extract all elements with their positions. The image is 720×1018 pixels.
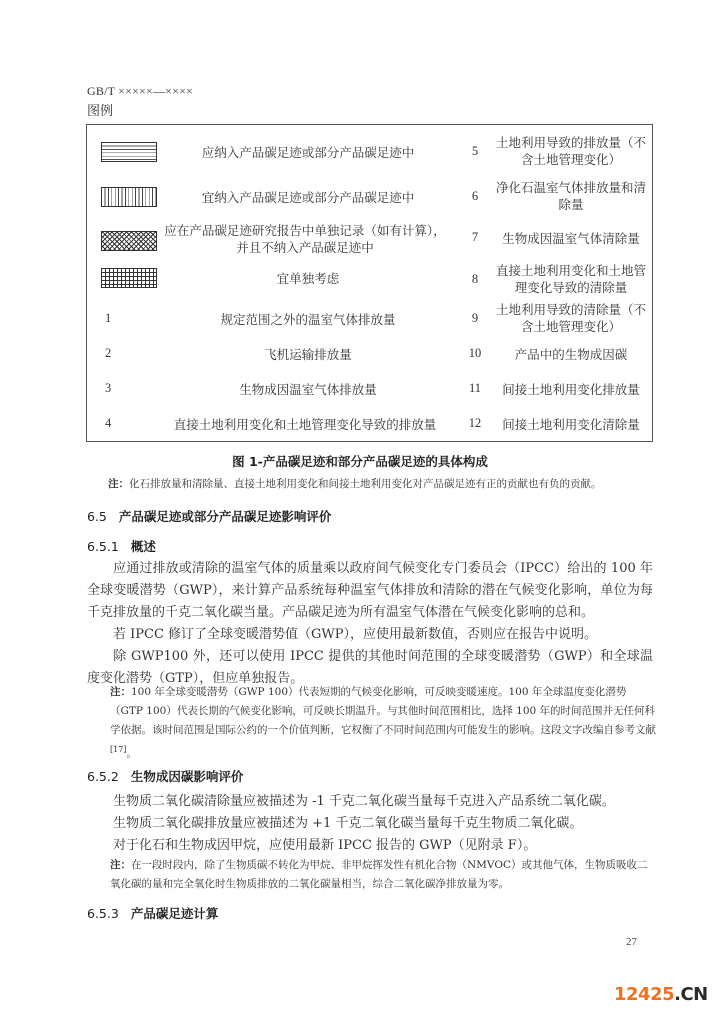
note-label: 注： xyxy=(108,478,129,490)
paragraph: 若 IPCC 修订了全球变暖潜势值（GWP），应使用最新数值，否则应在报告中说明… xyxy=(87,624,653,646)
section-number: 6.5.1 xyxy=(87,539,119,554)
section-title: 概述 xyxy=(131,539,156,554)
legend-number: 2 xyxy=(105,346,135,361)
legend-text: 宜纳入产品碳足迹或部分产品碳足迹中 xyxy=(163,189,453,206)
legend-number: 9 xyxy=(462,311,488,326)
note-text: 100 年全球变暖潜势（GWP 100）代表短期的气候变化影响，可反映变暖速度。… xyxy=(110,686,656,736)
section-number: 6.5.2 xyxy=(87,769,119,784)
paragraph: 生物质二氧化碳清除量应被描述为 -1 千克二氧化碳当量每千克进入产品系统二氧化碳… xyxy=(87,791,653,813)
legend-text: 生物成因温室气体清除量 xyxy=(491,230,651,247)
legend-text: 间接土地利用变化排放量 xyxy=(491,381,651,398)
legend-text: 应纳入产品碳足迹或部分产品碳足迹中 xyxy=(163,144,453,161)
pattern-swatch-horizontal xyxy=(101,142,157,162)
legend-number: 5 xyxy=(462,144,488,159)
note-text: 化石排放量和清除量、直接土地利用变化和间接土地利用变化对产品碳足迹有正的贡献也有… xyxy=(129,478,602,490)
watermark-domain: .CN xyxy=(674,984,708,1005)
section-heading-6-5-3: 6.5.3产品碳足迹计算 xyxy=(87,904,218,922)
section-heading-6-5-1: 6.5.1概述 xyxy=(87,537,156,555)
section-heading-6-5: 6.5产品碳足迹或部分产品碳足迹影响评价 xyxy=(87,507,331,525)
legend-number: 7 xyxy=(462,230,488,245)
paragraph-text: 生物质二氧化碳排放量应被描述为 +1 千克二氧化碳当量每千克生物质二氧化碳。 xyxy=(113,816,582,831)
legend-text: 净化石温室气体排放量和清 除量 xyxy=(491,179,651,213)
legend-text-line: 含土地管理变化） xyxy=(491,151,651,168)
note-label: 注： xyxy=(110,859,131,871)
paragraph-text: 除 GWP100 外，还可以使用 IPCC 提供的其他时间范围的全球变暖潜势（G… xyxy=(87,649,653,686)
paragraph-text: 若 IPCC 修订了全球变暖潜势值（GWP），应使用最新数值，否则应在报告中说明… xyxy=(113,627,597,642)
paragraph-text: 应通过排放或清除的温室气体的质量乘以政府间气候变化专门委员会（IPCC）给出的 … xyxy=(87,561,653,620)
section-title: 产品碳足迹计算 xyxy=(131,906,219,921)
legend-box: 应纳入产品碳足迹或部分产品碳足迹中 宜纳入产品碳足迹或部分产品碳足迹中 应在产品… xyxy=(86,124,653,442)
paragraph: 生物质二氧化碳排放量应被描述为 +1 千克二氧化碳当量每千克生物质二氧化碳。 xyxy=(87,813,653,835)
legend-text: 间接土地利用变化清除量 xyxy=(491,416,651,433)
legend-text: 土地利用导致的清除量（不 含土地管理变化） xyxy=(491,301,651,335)
legend-text: 生物成因温室气体排放量 xyxy=(163,381,453,398)
legend-text: 直接土地利用变化和土地管 理变化导致的清除量 xyxy=(491,262,651,296)
figure-caption: 图 1-产品碳足迹和部分产品碳足迹的具体构成 xyxy=(0,452,720,470)
section-note: 注：100 年全球变暖潜势（GWP 100）代表短期的气候变化影响，可反映变暖速… xyxy=(110,683,656,764)
section-number: 6.5.3 xyxy=(87,906,119,921)
section-heading-6-5-2: 6.5.2生物成因碳影响评价 xyxy=(87,767,243,785)
legend-number: 6 xyxy=(462,189,488,204)
legend-text-line: 应在产品碳足迹研究报告中单独记录（如有计算）， xyxy=(145,222,465,239)
section-number: 6.5 xyxy=(87,509,107,524)
legend-text: 宜单独考虑 xyxy=(163,270,453,287)
legend-text-line: 含土地管理变化） xyxy=(491,318,651,335)
page-number: 27 xyxy=(626,936,637,948)
note-label: 注： xyxy=(110,686,131,698)
paragraph-text: 对于化石和生物成因甲烷，应使用最新 IPCC 报告的 GWP（见附录 F）。 xyxy=(113,838,536,853)
section-title: 生物成因碳影响评价 xyxy=(131,769,244,784)
legend-text: 飞机运输排放量 xyxy=(163,346,453,363)
legend-number: 12 xyxy=(462,416,488,431)
legend-text-line: 并且不纳入产品碳足迹中 xyxy=(145,239,465,256)
legend-text-line: 净化石温室气体排放量和清 xyxy=(491,179,651,196)
legend-text: 直接土地利用变化和土地管理变化导致的排放量 xyxy=(145,416,465,433)
legend-text: 应在产品碳足迹研究报告中单独记录（如有计算）， 并且不纳入产品碳足迹中 xyxy=(145,222,465,256)
standard-code: GB/T ×××××—×××× xyxy=(87,84,193,99)
figure-note: 注：化石排放量和清除量、直接土地利用变化和间接土地利用变化对产品碳足迹有正的贡献… xyxy=(108,475,668,494)
legend-text: 土地利用导致的排放量（不 含土地管理变化） xyxy=(491,134,651,168)
legend-text-line: 土地利用导致的清除量（不 xyxy=(491,301,651,318)
legend-number: 11 xyxy=(462,381,488,396)
legend-number: 3 xyxy=(105,381,135,396)
legend-number: 10 xyxy=(462,346,488,361)
paragraph-text: 生物质二氧化碳清除量应被描述为 -1 千克二氧化碳当量每千克进入产品系统二氧化碳… xyxy=(113,794,615,809)
paragraph: 对于化石和生物成因甲烷，应使用最新 IPCC 报告的 GWP（见附录 F）。 xyxy=(87,835,653,857)
legend-number: 8 xyxy=(462,272,488,287)
legend-number: 1 xyxy=(105,311,135,326)
legend-text-line: 土地利用导致的排放量（不 xyxy=(491,134,651,151)
note-text: 在一段时段内，除了生物质碳不转化为甲烷、非甲烷挥发性有机化合物（NMVOC）或其… xyxy=(110,859,647,890)
section-note: 注：在一段时段内，除了生物质碳不转化为甲烷、非甲烷挥发性有机化合物（NMVOC）… xyxy=(110,856,656,894)
legend-text-line: 除量 xyxy=(491,196,651,213)
legend-text-line: 理变化导致的清除量 xyxy=(491,279,651,296)
note-end: 。 xyxy=(126,748,137,760)
pattern-swatch-vertical xyxy=(101,187,157,207)
pattern-swatch-grid xyxy=(101,268,157,288)
watermark-logo: 12425.CN xyxy=(614,984,708,1005)
paragraph: 应通过排放或清除的温室气体的质量乘以政府间气候变化专门委员会（IPCC）给出的 … xyxy=(87,558,653,624)
legend-number: 4 xyxy=(105,416,135,431)
reference-citation: [17] xyxy=(110,745,126,754)
section-title: 产品碳足迹或部分产品碳足迹影响评价 xyxy=(119,509,332,524)
legend-text: 规定范围之外的温室气体排放量 xyxy=(163,311,453,328)
legend-text: 产品中的生物成因碳 xyxy=(491,346,651,363)
watermark-number: 12425 xyxy=(614,984,674,1005)
legend-title: 图例 xyxy=(87,100,113,119)
legend-text-line: 直接土地利用变化和土地管 xyxy=(491,262,651,279)
